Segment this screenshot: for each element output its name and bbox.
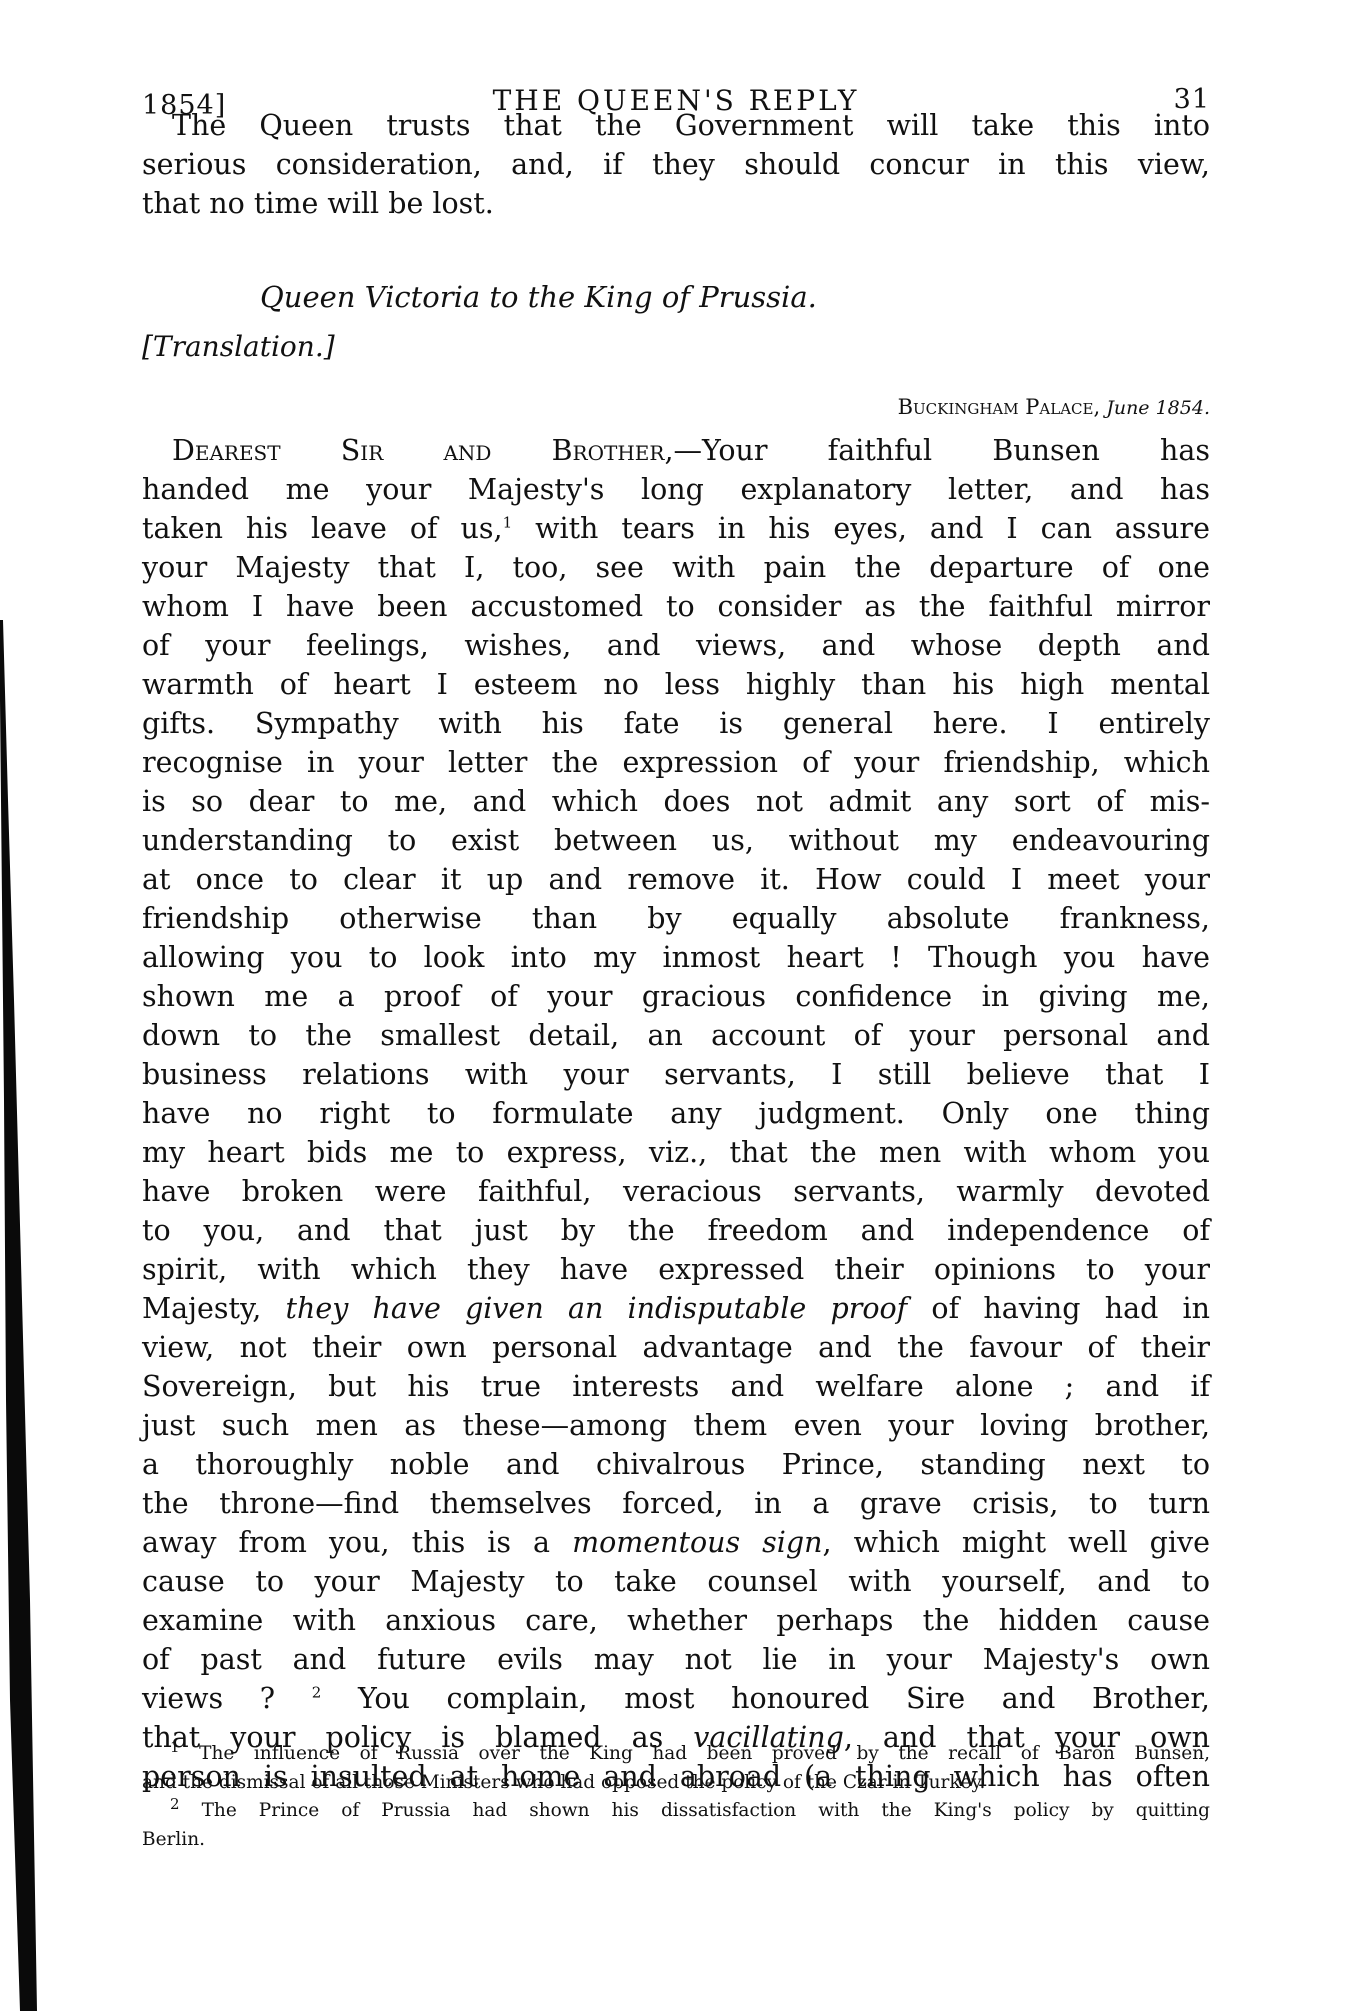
letter-heading: Queen Victoria to the King of Prussia. (260, 280, 817, 314)
paragraph-line: serious consideration, and, if they shou… (142, 148, 1210, 182)
dateline-place: Buckingham Palace, (898, 395, 1101, 419)
letter-first-line: Dearest Sir and Brother,—Your faithful B… (142, 434, 1210, 468)
letter-line: Sovereign, but his true interests and we… (142, 1370, 1210, 1404)
letter-line: allowing you to look into my inmost hear… (142, 941, 1210, 975)
paragraph-line: that no time will be lost. (142, 187, 1210, 221)
letter-line: of your feelings, wishes, and views, and… (142, 629, 1210, 663)
letter-line: just such men as these—among them even y… (142, 1409, 1210, 1443)
letter-line: to you, and that just by the freedom and… (142, 1214, 1210, 1248)
letter-line: your Majesty that I, too, see with pain … (142, 551, 1210, 585)
letter-line: gifts. Sympathy with his fate is general… (142, 707, 1210, 741)
paragraph-line: The Queen trusts that the Government wil… (142, 109, 1210, 143)
letter-line: warmth of heart I esteem no less highly … (142, 668, 1210, 702)
letter-line: cause to your Majesty to take counsel wi… (142, 1565, 1210, 1599)
letter-line: examine with anxious care, whether perha… (142, 1604, 1210, 1638)
letter-line: have broken were faithful, veracious ser… (142, 1175, 1210, 1209)
letter-line: spirit, with which they have expressed t… (142, 1253, 1210, 1287)
letter-line: friendship otherwise than by equally abs… (142, 902, 1210, 936)
letter-line: recognise in your letter the expression … (142, 746, 1210, 780)
translation-note: [Translation.] (142, 330, 335, 363)
letter-line: handed me your Majesty's long explanator… (142, 473, 1210, 507)
letter-line: business relations with your servants, I… (142, 1058, 1210, 1092)
letter-line: at once to clear it up and remove it. Ho… (142, 863, 1210, 897)
letter-line: Majesty, they have given an indisputable… (142, 1292, 1210, 1326)
letter-line: a thoroughly noble and chivalrous Prince… (142, 1448, 1210, 1482)
footnote-1-cont: and the dismissal of all those Ministers… (142, 1772, 1210, 1794)
footnote-ref-2[interactable]: 2 (312, 1683, 322, 1701)
letter-line: understanding to exist between us, witho… (142, 824, 1210, 858)
footnote-2: 2 The Prince of Prussia had shown his di… (142, 1800, 1210, 1822)
letter-line: is so dear to me, and which does not adm… (142, 785, 1210, 819)
letter-line: have no right to formulate any judgment.… (142, 1097, 1210, 1131)
footnote-ref-1[interactable]: 1 (503, 513, 513, 531)
letter-line: shown me a proof of your gracious confid… (142, 980, 1210, 1014)
footnote-2-cont: Berlin. (142, 1829, 1210, 1851)
salutation: Dearest Sir and Brother, (172, 434, 674, 467)
letter-line: whom I have been accustomed to consider … (142, 590, 1210, 624)
letter-line: away from you, this is a momentous sign,… (142, 1526, 1210, 1560)
letter-line: the throne—find themselves forced, in a … (142, 1487, 1210, 1521)
letter-line: views ? 2 You complain, most honoured Si… (142, 1682, 1210, 1716)
letter-line: view, not their own personal advantage a… (142, 1331, 1210, 1365)
dateline: Buckingham Palace, June 1854. (898, 395, 1210, 419)
letter-line: my heart bids me to express, viz., that … (142, 1136, 1210, 1170)
binding-shadow (0, 0, 60, 2011)
emphasis: momentous sign (572, 1526, 822, 1559)
letter-line: of past and future evils may not lie in … (142, 1643, 1210, 1677)
footnote-1: 1 The influence of Russia over the King … (142, 1743, 1210, 1765)
letter-line: down to the smallest detail, an account … (142, 1019, 1210, 1053)
dateline-date: June 1854. (1106, 397, 1210, 419)
emphasis: they have given an indisputable proof (286, 1292, 908, 1325)
letter-line: taken his leave of us,1 with tears in hi… (142, 512, 1210, 546)
